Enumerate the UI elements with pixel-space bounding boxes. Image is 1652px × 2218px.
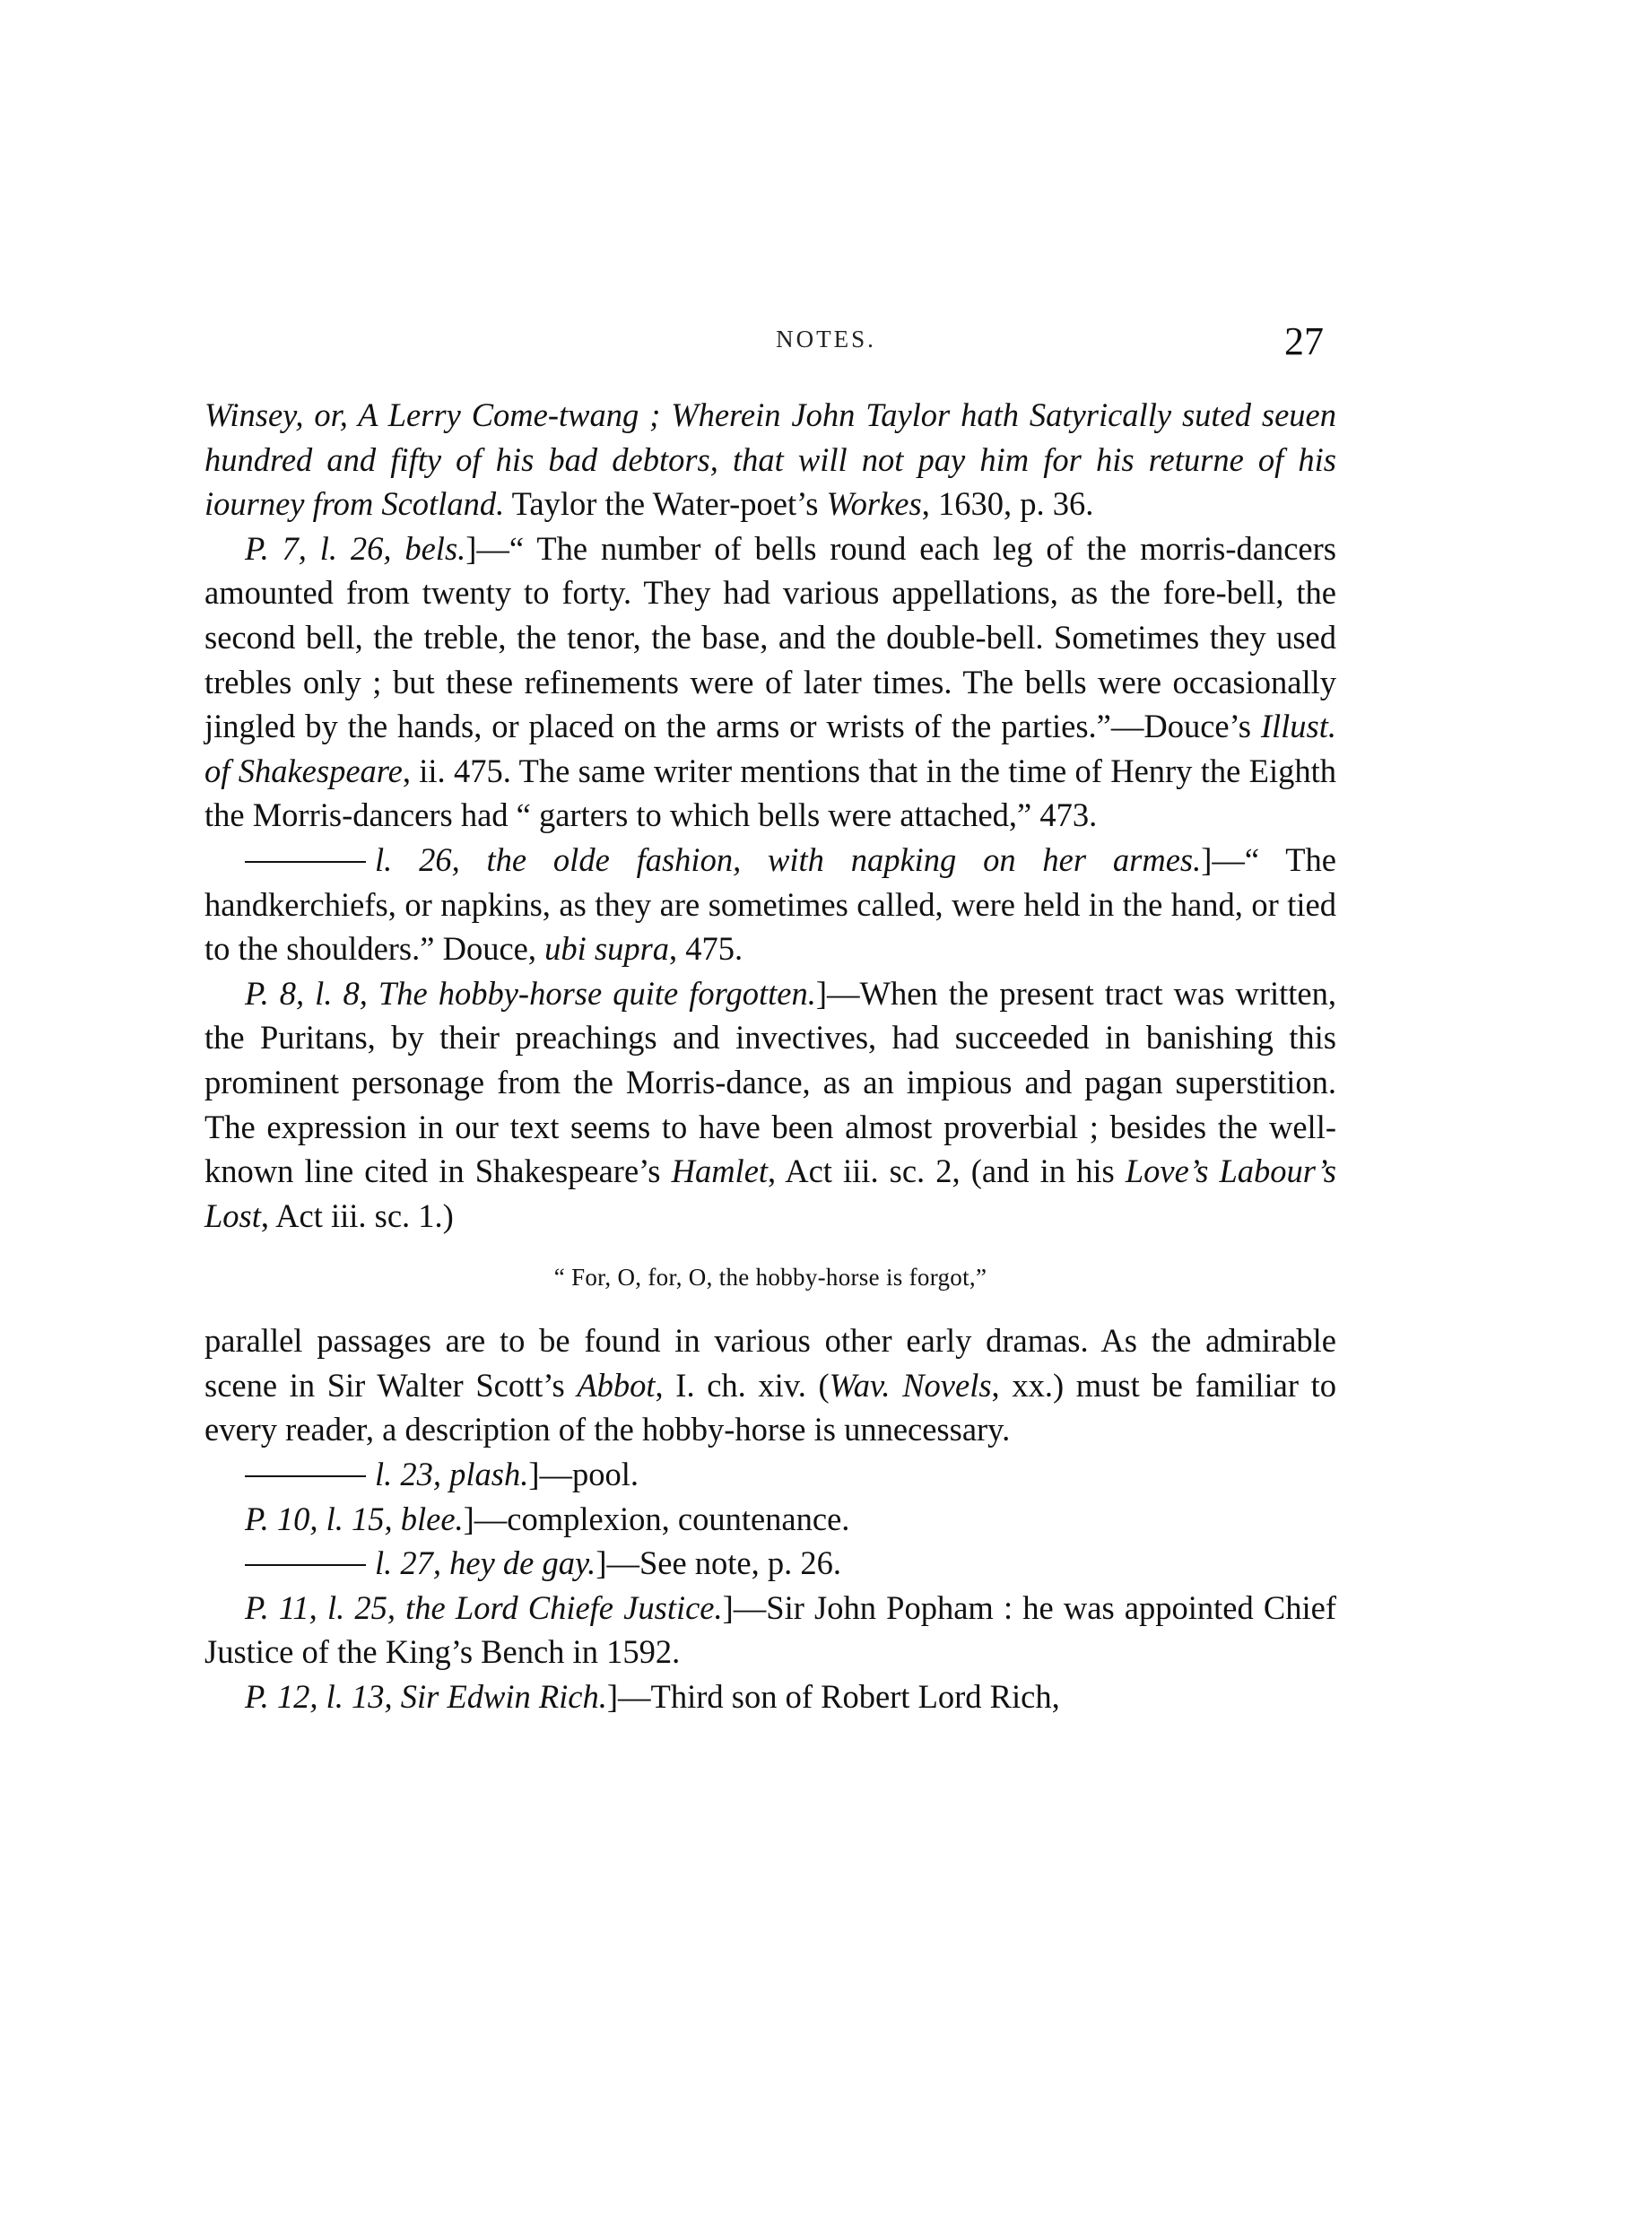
notes-body: Winsey, or, A Lerry Come-twang ; Wherein… bbox=[204, 393, 1336, 1719]
italic-text: P. 10, l. 15, blee. bbox=[245, 1500, 464, 1537]
roman-text: ]—See note, p. 26. bbox=[596, 1544, 841, 1581]
running-head: NOTES. 27 bbox=[0, 318, 1652, 372]
running-title: NOTES. bbox=[0, 326, 1652, 353]
note-paragraph: l. 26, the olde fashion, with napking on… bbox=[204, 838, 1336, 971]
roman-text: , 475. bbox=[669, 930, 743, 967]
note-paragraph: l. 27, hey de gay.]—See note, p. 26. bbox=[204, 1541, 1336, 1586]
ditto-rule bbox=[245, 1564, 366, 1566]
book-page: NOTES. 27 Winsey, or, A Lerry Come-twang… bbox=[0, 0, 1652, 2218]
note-paragraph: P. 8, l. 8, The hobby-horse quite forgot… bbox=[204, 971, 1336, 1239]
italic-text: Hamlet bbox=[672, 1152, 768, 1189]
note-paragraph: P. 7, l. 26, bels.]—“ The number of bell… bbox=[204, 526, 1336, 838]
roman-text: ]—complexion, countenance. bbox=[464, 1500, 850, 1537]
note-paragraph: l. 23, plash.]—pool. bbox=[204, 1452, 1336, 1497]
italic-text: l. 27, hey de gay. bbox=[375, 1544, 596, 1581]
italic-text: P. 11, l. 25, the Lord Chiefe Justice. bbox=[245, 1589, 723, 1626]
ditto-rule bbox=[245, 861, 366, 863]
italic-text: P. 8, l. 8, The hobby-horse quite forgot… bbox=[245, 975, 816, 1012]
note-paragraph: parallel passages are to be found in var… bbox=[204, 1318, 1336, 1452]
italic-text: ubi supra bbox=[544, 930, 669, 967]
ditto-rule bbox=[245, 1475, 366, 1477]
roman-text: ]—pool. bbox=[528, 1456, 639, 1492]
notes-paragraphs-before-quote: Winsey, or, A Lerry Come-twang ; Wherein… bbox=[204, 393, 1336, 1238]
italic-text: Wav. Novels bbox=[830, 1367, 992, 1404]
roman-text: Taylor the Water-poet’s bbox=[504, 485, 826, 522]
note-paragraph: Winsey, or, A Lerry Come-twang ; Wherein… bbox=[204, 393, 1336, 526]
italic-text: l. 26, the olde fashion, with napking on… bbox=[375, 841, 1201, 878]
notes-paragraphs-after-quote: parallel passages are to be found in var… bbox=[204, 1318, 1336, 1718]
note-paragraph: P. 12, l. 13, Sir Edwin Rich.]—Third son… bbox=[204, 1674, 1336, 1719]
italic-text: P. 12, l. 13, Sir Edwin Rich. bbox=[245, 1678, 607, 1715]
roman-text: , 1630, p. 36. bbox=[922, 485, 1094, 522]
note-paragraph: P. 10, l. 15, blee.]—complexion, counten… bbox=[204, 1497, 1336, 1542]
italic-text: P. 7, l. 26, bels. bbox=[245, 530, 465, 567]
roman-text: , Act iii. sc. 1.) bbox=[261, 1197, 454, 1234]
roman-text: ]—Third son of Robert Lord Rich, bbox=[607, 1678, 1060, 1715]
roman-text: , I. ch. xiv. ( bbox=[656, 1367, 830, 1404]
roman-text: , Act iii. sc. 2, (and in his bbox=[768, 1152, 1126, 1189]
note-paragraph: P. 11, l. 25, the Lord Chiefe Justice.]—… bbox=[204, 1586, 1336, 1674]
italic-text: l. 23, plash. bbox=[375, 1456, 528, 1492]
block-quotation: “ For, O, for, O, the hobby-horse is for… bbox=[204, 1259, 1336, 1295]
italic-text: Workes bbox=[827, 485, 922, 522]
italic-text: Abbot bbox=[577, 1367, 655, 1404]
page-number: 27 bbox=[1284, 318, 1324, 364]
